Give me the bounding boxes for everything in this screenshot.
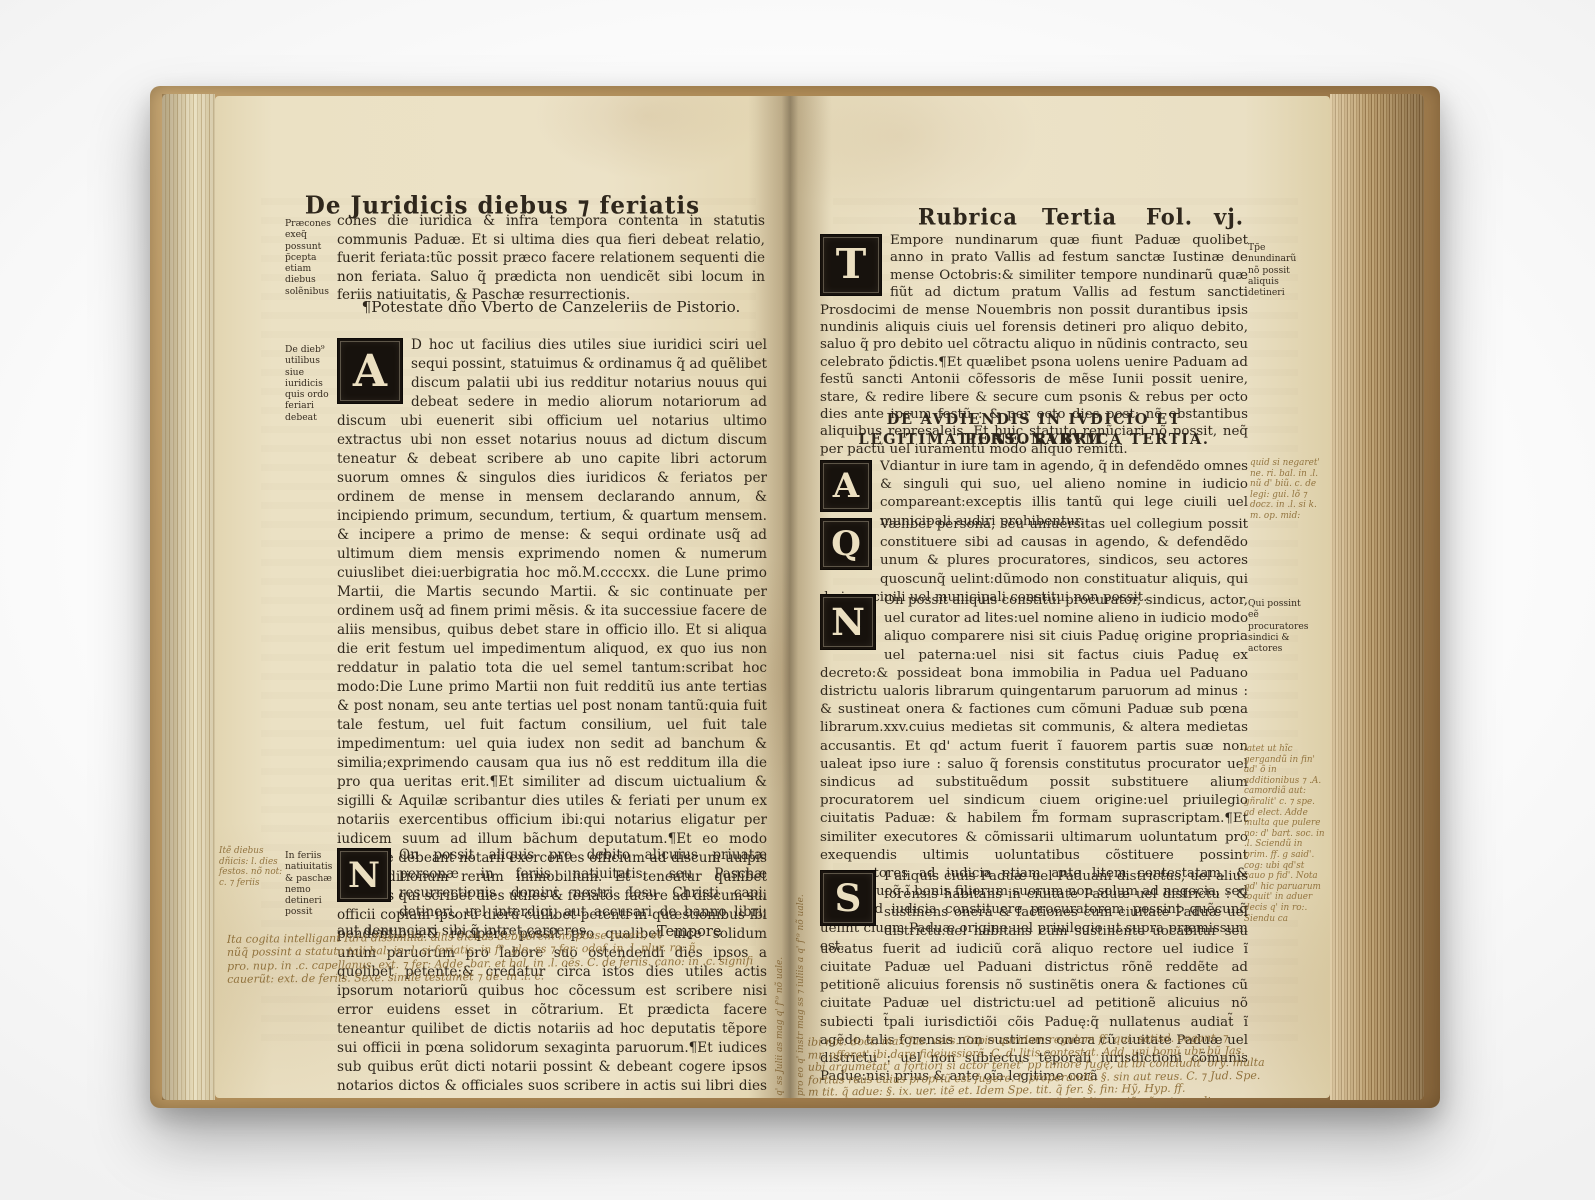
woodcut-initial-n: N [337,848,391,902]
margin-note-precones: Præcones exeq̃ possunt p̃cepta etiam die… [285,218,333,297]
woodcut-initial-s: S [820,870,876,926]
woodcut-initial-n2: N [820,594,876,650]
header-rubrica: Rubrica [918,203,1018,230]
marginalia-handwritten-bottom-right: ibi not. doct. max̃ Jas. vers. Capio qur… [808,1031,1314,1098]
margin-note-tempore: Tp̃e nundinarũ nõ possit aliquis detiner… [1248,242,1302,298]
chapter-heading-line2: LEGITIMATIONE. RVBRICA TERTIA. [824,430,1244,450]
woodcut-initial-q: Q [820,518,872,570]
margin-note-in-feriis: In feriis natiuitatis & paschæ nemo deti… [285,850,333,918]
marginalia-handwritten-right-upper: quid si negaret' ne. ri. bal. in .l. nũ … [1250,458,1328,522]
header-folio-number: vj. [1214,203,1244,230]
right-page: Rubrica Tertia Fol. vj. TEmpore nundinar… [790,96,1330,1098]
woodcut-initial-t: T [820,234,882,296]
marginalia-handwritten-right-lower: latet ut hĩc gergandũ in fin' ad' õ in a… [1244,744,1328,924]
woodcut-initial-a2: A [820,460,872,512]
margin-note-de-diebus: De dieb⁹ utilibus siue iuridicis quis or… [285,344,333,423]
marginalia-handwritten-vertical-gutter: pro eo q' instr mag ss ⁊ iuliis a q' f'⁹… [796,894,806,1096]
left-page: De Juridicis diebus ⁊ feriatis Præcones … [215,96,790,1098]
photograph-background: De Juridicis diebus ⁊ feriatis Præcones … [0,0,1595,1200]
margin-note-procuratores: Qui possint eẽ procuratores sindici & ac… [1248,598,1302,654]
fore-edge-page-stack [1330,94,1424,1100]
left-page-edges [162,94,215,1100]
paragraph-precones: cones die iuridica & infra tempora conte… [337,212,765,305]
marginalia-handwritten-vertical: q' ss Julii as mag q' f'⁹ nõ uale. [775,957,785,1096]
marginalia-handwritten-bottom: Ita cogita intelligant Iura dissimilia. … [227,927,768,986]
header-tertia: Tertia [1042,203,1117,230]
rubric-potestate: ¶Potestate dño Vberto de Canzeleriis de … [337,298,765,316]
woodcut-initial-a: A [337,338,403,404]
marginalia-handwritten-left: Itẽ diebus dñicis: l. dies festos. nõ no… [219,846,283,888]
header-folio: Fol. [1146,203,1193,230]
open-book: De Juridicis diebus ⁊ feriatis Præcones … [150,86,1440,1108]
